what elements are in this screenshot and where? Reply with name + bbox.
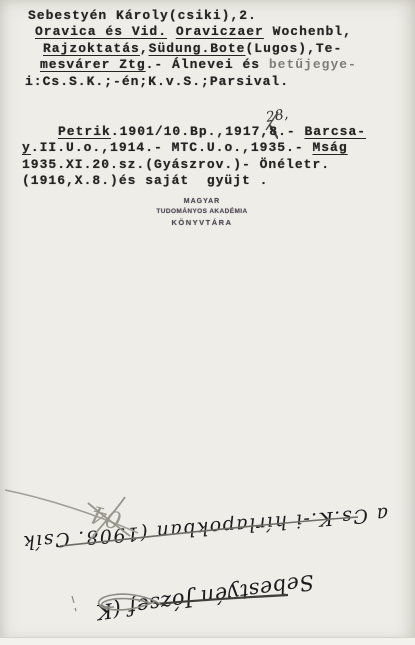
library-stamp: MAGYAR TUDOMÁNYOS AKADÉMIA KÖNYVTÁRA bbox=[149, 198, 255, 227]
typewritten-segment: mesvárer Ztg bbox=[40, 57, 146, 72]
typewritten-line: 1935.XI.20.sz.(Gyászrov.)- Önéletr. bbox=[22, 157, 366, 173]
typewritten-segment: Oraviczaer bbox=[176, 24, 264, 39]
typewritten-segment: 1935.XI.20.sz.(Gyászrov.)- Önéletr. bbox=[22, 157, 330, 172]
stamp-line-3: KÖNYVTÁRA bbox=[149, 218, 255, 227]
typewritten-segment: 8 bbox=[269, 124, 278, 139]
typewritten-segment: y bbox=[22, 140, 31, 155]
catalog-card: Sebestyén Károly(csiki),2.Oravica és Vid… bbox=[0, 0, 415, 645]
typewritten-segment: Rajzoktatás bbox=[43, 41, 140, 56]
typewritten-segment: i:Cs.S.K.;-én;K.v.S.;Parsival. bbox=[25, 74, 289, 89]
typewritten-segment: .- bbox=[278, 124, 304, 139]
typewritten-segment: Sebestyén Károly(csiki),2. bbox=[28, 8, 257, 23]
typewritten-segment: Barcsa- bbox=[304, 124, 366, 139]
typewritten-line: (1916,X.8.)és saját gyüjt . bbox=[22, 173, 366, 189]
handwritten-correction: 28, bbox=[265, 106, 290, 126]
typewritten-segment: , bbox=[140, 41, 149, 56]
typewritten-line: Petrik.1901/10.Bp.,1917,8.- Barcsa- bbox=[58, 124, 366, 140]
typewritten-segment: Mság bbox=[312, 140, 347, 155]
typewritten-segment: betűjegye- bbox=[269, 57, 357, 72]
typewritten-segment: Wochenbl, bbox=[264, 24, 352, 39]
typewritten-segment: Oravica és Vid. bbox=[35, 24, 167, 39]
typewritten-segment: Petrik bbox=[58, 124, 111, 139]
typewritten-line: Oravica és Vid. Oraviczaer Wochenbl, bbox=[35, 24, 357, 40]
handwriting-note-1-inverted: a Cs.K.-i hírlapokban (1908. Csík bbox=[19, 498, 390, 559]
typewritten-segment bbox=[167, 24, 176, 39]
typewritten-segment: .II.U.o.,1914.- MTC.U.o.,1935.- bbox=[31, 140, 313, 155]
typewritten-line: mesvárer Ztg.- Álnevei és betűjegye- bbox=[40, 57, 357, 73]
typewritten-segment: Südung.Bote bbox=[149, 41, 246, 56]
handwriting-note-2-inverted: Sebestyén József (K bbox=[89, 564, 321, 630]
stamp-line-1: MAGYAR bbox=[149, 198, 255, 205]
typewritten-segment: .1901/10.Bp.,1917, bbox=[111, 124, 269, 139]
typewritten-segment: .- Álnevei és bbox=[146, 57, 269, 72]
card-bottom-edge bbox=[0, 637, 415, 645]
typewritten-line: i:Cs.S.K.;-én;K.v.S.;Parsival. bbox=[25, 74, 357, 90]
typewritten-line: Sebestyén Károly(csiki),2. bbox=[28, 8, 357, 24]
stamp-line-2: TUDOMÁNYOS AKADÉMIA bbox=[149, 208, 255, 215]
typewritten-paragraph-2: Petrik.1901/10.Bp.,1917,8.- Barcsa-y.II.… bbox=[0, 124, 366, 190]
typewritten-segment: (1916,X.8.)és saját gyüjt . bbox=[22, 173, 268, 188]
typewritten-paragraph-1: Sebestyén Károly(csiki),2.Oravica és Vid… bbox=[0, 8, 357, 90]
typewritten-line: y.II.U.o.,1914.- MTC.U.o.,1935.- Mság bbox=[22, 140, 366, 156]
typewritten-segment: (Lugos),Te- bbox=[245, 41, 342, 56]
typewritten-line: Rajzoktatás,Südung.Bote(Lugos),Te- bbox=[43, 41, 357, 57]
pencil-tick bbox=[72, 596, 76, 611]
